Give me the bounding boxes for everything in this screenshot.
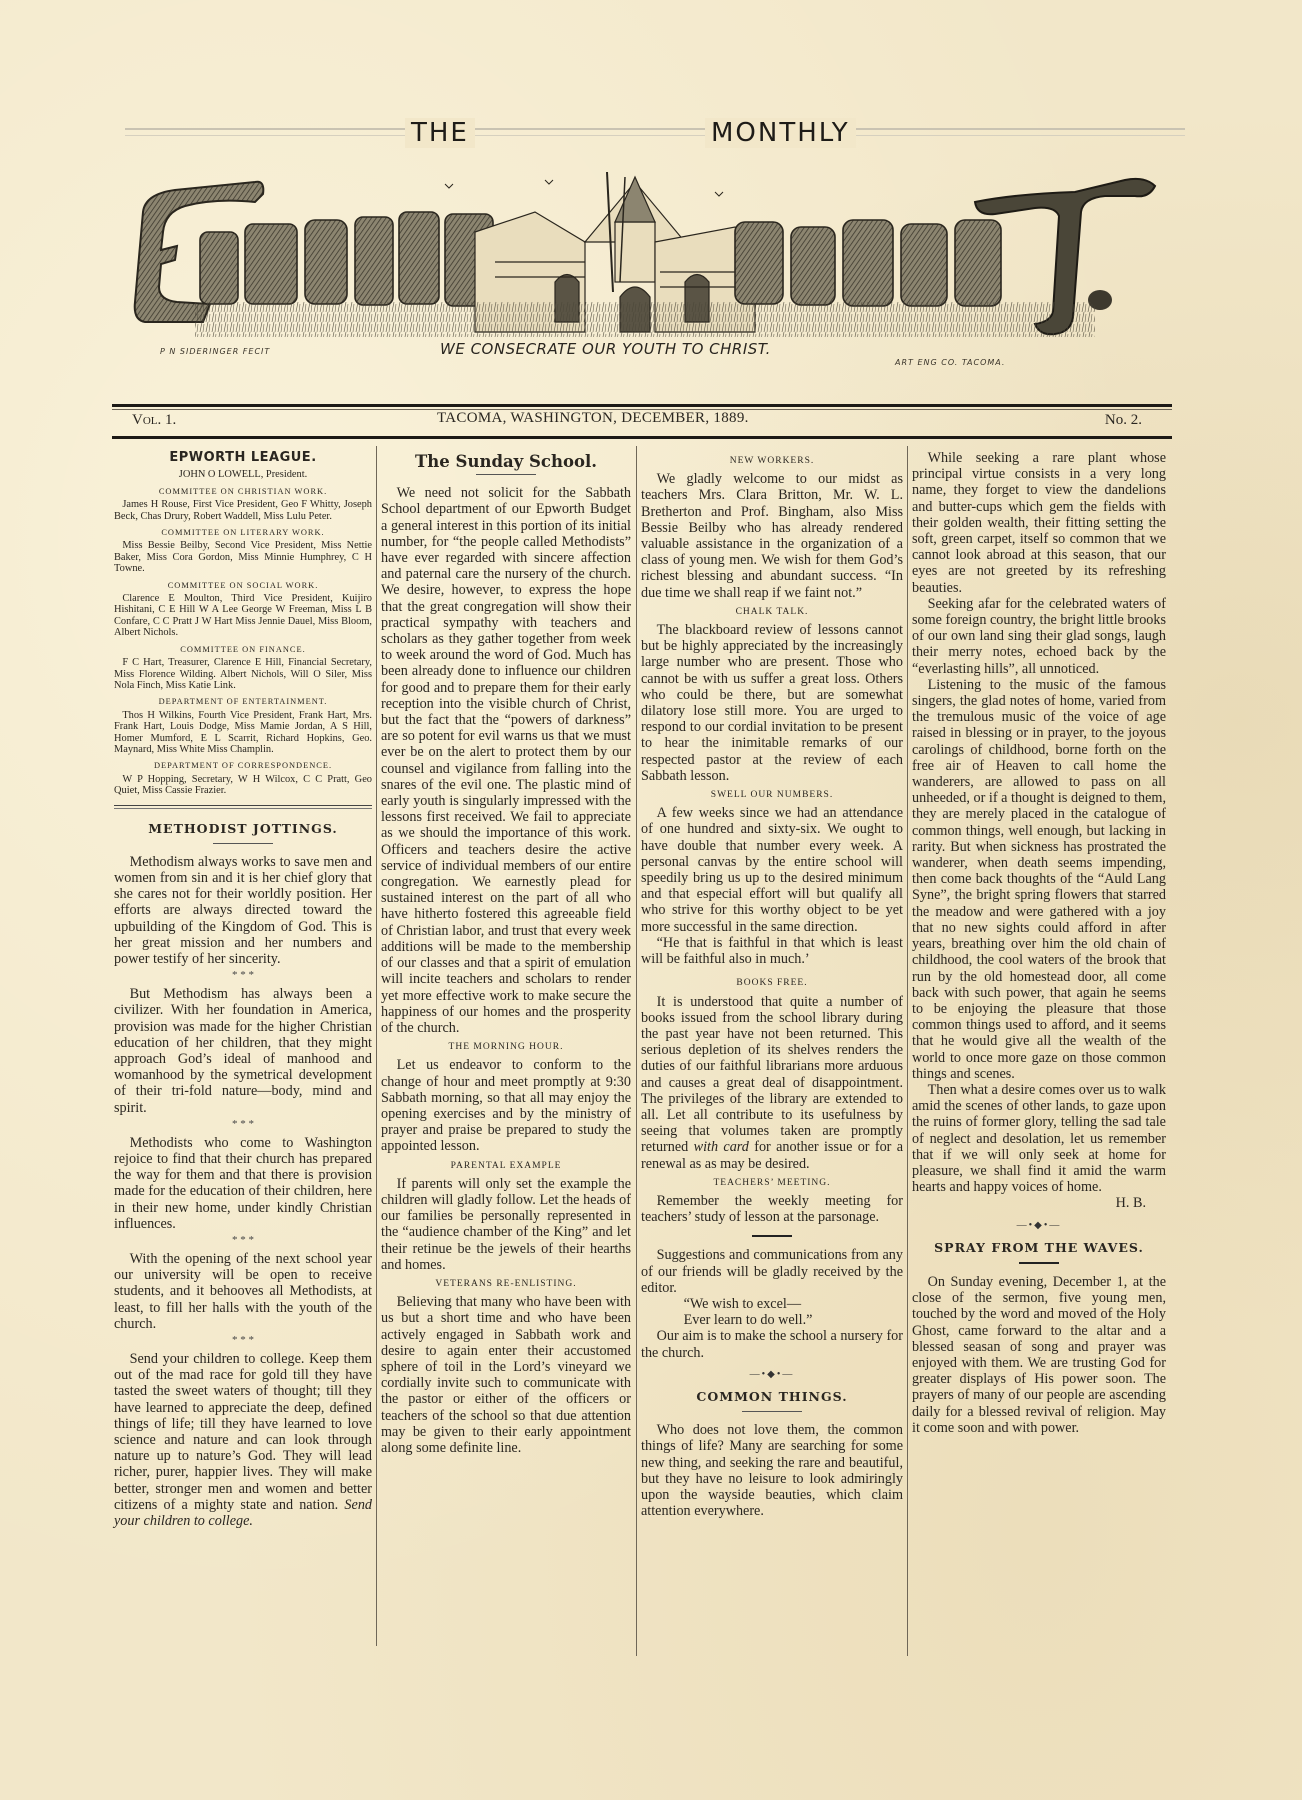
paragraph: Seeking afar for the celebrated waters o… xyxy=(912,596,1166,677)
section-heading: METHODIST JOTTINGS. xyxy=(114,821,372,837)
paragraph: Suggestions and communications from any … xyxy=(641,1247,903,1296)
paragraph: We need not solicit for the Sabbath Scho… xyxy=(381,485,631,1036)
quote: “He that is faithful in that which is le… xyxy=(641,935,903,967)
paragraph: Methodism always works to save men and w… xyxy=(114,854,372,967)
column-divider xyxy=(376,446,377,1646)
paragraph: With the opening of the next school year… xyxy=(114,1251,372,1332)
committee-title: COMMITTEE ON SOCIAL WORK. xyxy=(114,580,372,591)
column-divider xyxy=(636,446,637,1656)
ornament-divider: —•◆•— xyxy=(641,1367,903,1383)
column-1: EPWORTH LEAGUE. JOHN O LOWELL, President… xyxy=(114,450,372,1529)
column-divider xyxy=(907,446,908,1656)
column-4: While seeking a rare plant whose princip… xyxy=(912,450,1166,1436)
section-heading: The Sunday School. xyxy=(381,454,631,470)
ornament-divider: —•◆•— xyxy=(912,1218,1166,1234)
short-divider xyxy=(752,1235,792,1237)
issue-number: No. 2. xyxy=(1105,412,1142,429)
section-heading: EPWORTH LEAGUE. xyxy=(114,452,372,463)
verse-line: Ever learn to do well.” xyxy=(641,1312,903,1328)
committee-title: COMMITTEE ON CHRISTIAN WORK. xyxy=(114,486,372,497)
subheading: BOOKS FREE. xyxy=(641,975,903,991)
league-president: JOHN O LOWELL, President. xyxy=(114,469,372,480)
author-signature: H. B. xyxy=(912,1195,1166,1211)
subheading: SWELL OUR NUMBERS. xyxy=(641,787,903,803)
epworth-budget-logo-icon xyxy=(115,172,1175,342)
committee-members: James H Rouse, First Vice President, Geo… xyxy=(114,499,372,522)
paragraph: Who does not love them, the common thing… xyxy=(641,1422,903,1519)
committee-title: DEPARTMENT OF ENTERTAINMENT. xyxy=(114,696,372,707)
subheading: PARENTAL EXAMPLE xyxy=(381,1158,631,1174)
masthead-title-illustration xyxy=(115,172,1175,342)
column-3: NEW WORKERS. We gladly welcome to our mi… xyxy=(641,450,903,1519)
spray-from-the-waves-section: SPRAY FROM THE WAVES. On Sunday evening,… xyxy=(912,1240,1166,1436)
paragraph: Our aim is to make the school a nursery … xyxy=(641,1328,903,1360)
paragraph: Methodists who come to Washington rejoic… xyxy=(114,1135,372,1232)
methodist-jottings-section: METHODIST JOTTINGS. Methodism always wor… xyxy=(114,821,372,1530)
masthead-top-rule xyxy=(125,128,1185,130)
newspaper-page: THE MONTHLY xyxy=(0,0,1302,1800)
paragraph: It is understood that quite a number of … xyxy=(641,994,903,1172)
paragraph: The blackboard review of lessons cannot … xyxy=(641,622,903,784)
place-and-date: TACOMA, WASHINGTON, DECEMBER, 1889. xyxy=(437,410,749,427)
subheading: THE MORNING HOUR. xyxy=(381,1039,631,1055)
subheading: VETERANS RE-ENLISTING. xyxy=(381,1276,631,1292)
paragraph: But Methodism has always been a civilize… xyxy=(114,986,372,1116)
section-divider xyxy=(114,805,372,809)
committee-members: Clarence E Moulton, Third Vice President… xyxy=(114,593,372,639)
subheading: CHALK TALK. xyxy=(641,604,903,620)
paragraph: A few weeks since we had an attendance o… xyxy=(641,805,903,935)
paragraph: We gladly welcome to our midst as teache… xyxy=(641,471,903,601)
heading-rule xyxy=(742,1411,802,1412)
paragraph: Send your children to college. Keep them… xyxy=(114,1351,372,1529)
masthead-artist-credit: P N SIDERINGER FECIT xyxy=(160,347,270,356)
heading-rule xyxy=(213,843,273,844)
sunday-school-section: The Sunday School. We need not solicit f… xyxy=(381,454,631,1456)
committee-members: Thos H Wilkins, Fourth Vice President, F… xyxy=(114,710,372,756)
masthead: THE MONTHLY xyxy=(105,100,1185,400)
paragraph: Remember the weekly meeting for teachers… xyxy=(641,1193,903,1225)
subheading: NEW WORKERS. xyxy=(641,453,903,469)
heading-rule xyxy=(476,474,536,475)
committee-members: Miss Bessie Beilby, Second Vice Presiden… xyxy=(114,540,372,574)
masthead-motto: WE CONSECRATE OUR YOUTH TO CHRIST. xyxy=(440,340,771,358)
column-2: The Sunday School. We need not solicit f… xyxy=(381,450,631,1456)
paragraph-text: It is understood that quite a number of … xyxy=(641,994,903,1156)
committee-members: F C Hart, Treasurer, Clarence E Hill, Fi… xyxy=(114,657,372,691)
asterism-divider: * * * xyxy=(114,1235,372,1245)
paragraph: Listening to the music of the famous sin… xyxy=(912,677,1166,1082)
committee-title: DEPARTMENT OF CORRESPONDENCE. xyxy=(114,760,372,771)
paragraph: If parents will only set the example the… xyxy=(381,1176,631,1273)
paragraph: Believing that many who have been with u… xyxy=(381,1294,631,1456)
committee-title: COMMITTEE ON LITERARY WORK. xyxy=(114,527,372,538)
epworth-league-section: EPWORTH LEAGUE. JOHN O LOWELL, President… xyxy=(114,452,372,797)
masthead-engraver-credit: ART ENG CO. TACOMA. xyxy=(895,358,1005,367)
asterism-divider: * * * xyxy=(114,1119,372,1129)
volume-number: Vol. 1. xyxy=(132,412,176,429)
heading-rule xyxy=(1019,1262,1059,1264)
paragraph-text: Send your children to college. Keep them… xyxy=(114,1351,372,1513)
masthead-top-rule-thin xyxy=(125,135,1185,136)
committee-members: W P Hopping, Secretary, W H Wilcox, C C … xyxy=(114,774,372,797)
paragraph: Then what a desire comes over us to walk… xyxy=(912,1082,1166,1195)
verse-line: “We wish to excel— xyxy=(641,1296,903,1312)
dateline-bottom-rule xyxy=(112,436,1172,439)
section-heading: COMMON THINGS. xyxy=(641,1389,903,1405)
italic-phrase: with card xyxy=(694,1139,749,1155)
paragraph: Let us endeavor to conform to the change… xyxy=(381,1057,631,1154)
dateline: Vol. 1. TACOMA, WASHINGTON, DECEMBER, 18… xyxy=(112,408,1172,434)
paragraph: While seeking a rare plant whose princip… xyxy=(912,450,1166,596)
common-things-section: COMMON THINGS. Who does not love them, t… xyxy=(641,1389,903,1519)
asterism-divider: * * * xyxy=(114,1335,372,1345)
paragraph: On Sunday evening, December 1, at the cl… xyxy=(912,1274,1166,1436)
masthead-the: THE xyxy=(405,118,475,148)
subheading: TEACHERS’ MEETING. xyxy=(641,1175,903,1191)
section-heading: SPRAY FROM THE WAVES. xyxy=(912,1240,1166,1256)
asterism-divider: * * * xyxy=(114,970,372,980)
committee-title: COMMITTEE ON FINANCE. xyxy=(114,644,372,655)
masthead-monthly: MONTHLY xyxy=(705,118,856,148)
dateline-top-rule xyxy=(112,404,1172,407)
